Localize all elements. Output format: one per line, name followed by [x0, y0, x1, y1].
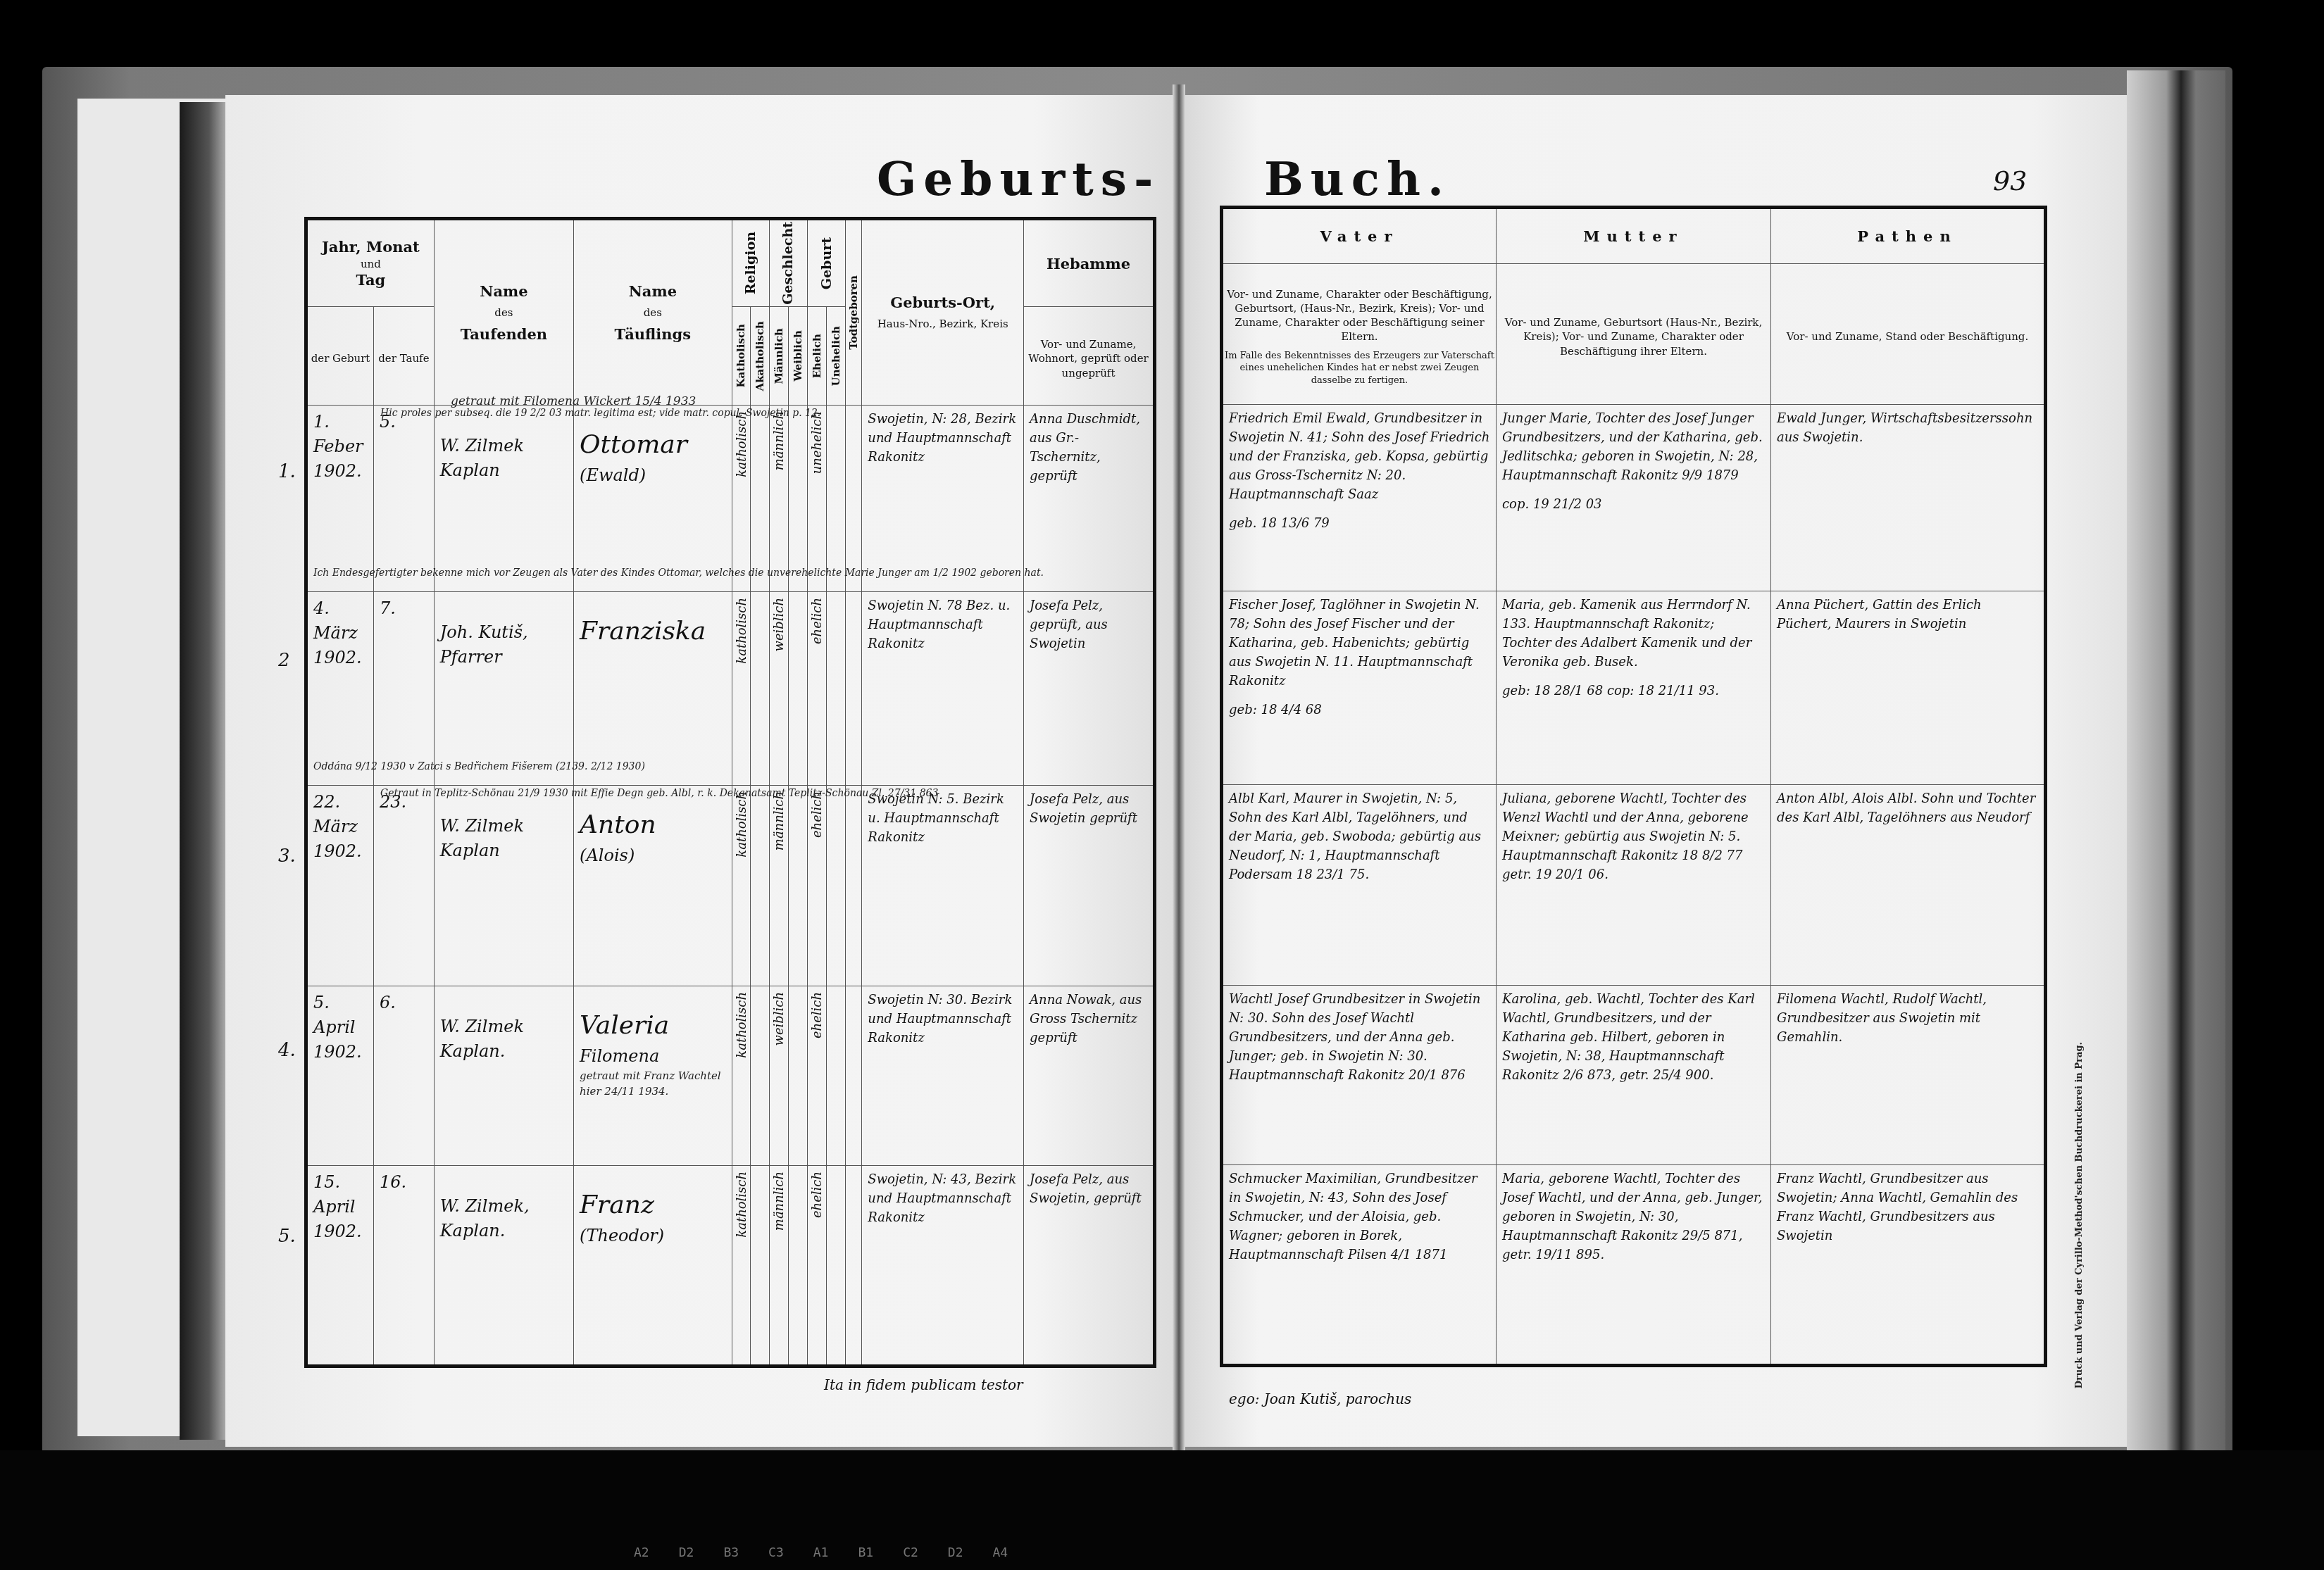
header-father-sub: Vor- und Zuname, Charakter oder Beschäft…	[1222, 264, 1497, 405]
noncatholic-cell	[750, 1166, 769, 1367]
header-legitimate: Ehelich	[808, 307, 827, 406]
baptism-day-cell: 23.	[374, 786, 435, 986]
stillborn-cell	[846, 406, 862, 592]
stillborn-cell	[846, 592, 862, 786]
female-cell	[788, 786, 807, 986]
header-sex: Geschlecht	[769, 219, 807, 307]
entry-number: 2	[278, 650, 290, 671]
midwife-cell: Josefa Pelz, geprüft, aus Swojetin	[1024, 592, 1155, 786]
ruler-label: A4	[993, 1545, 1008, 1560]
religion-cell: katholisch	[732, 786, 750, 986]
header-birth-day: der Geburt	[306, 307, 374, 406]
ruler-label: B3	[723, 1545, 739, 1560]
baptism-day-cell: 7.	[374, 592, 435, 786]
table-row: 15.April1902.16.W. Zilmek, Kaplan.Franz(…	[306, 1166, 1155, 1367]
header-godparents-sub: Vor- und Zuname, Stand oder Beschäftigun…	[1771, 264, 2046, 405]
closing-attestation: Ita in fidem publicam testor	[824, 1376, 1023, 1393]
ruler-label: A1	[813, 1545, 829, 1560]
father-cell: Schmucker Maximilian, Grundbesitzer in S…	[1222, 1165, 1497, 1366]
religion-cell: katholisch	[732, 406, 750, 592]
header-baptism-day: der Taufe	[374, 307, 435, 406]
ruler-label: C2	[903, 1545, 918, 1560]
baptizer-cell: W. Zilmek Kaplan.	[434, 986, 573, 1166]
midwife-cell: Anna Nowak, aus Gross Tschernitz geprüft	[1024, 986, 1155, 1166]
noncatholic-cell	[750, 592, 769, 786]
father-cell: Fischer Josef, Taglöhner in Swojetin N. …	[1222, 591, 1497, 785]
legitimacy-cell: ehelich	[808, 592, 827, 786]
birthplace-cell: Swojetin N: 5. Bezirk u. Hauptmannschaft…	[862, 786, 1024, 986]
legitimacy-cell: ehelich	[808, 986, 827, 1166]
printer-imprint: Druck und Verlag der Cyrillo-Method'sche…	[2074, 1042, 2085, 1388]
table-row: 5.April1902.6.W. Zilmek Kaplan.ValeriaFi…	[306, 986, 1155, 1166]
register-table-right: Vater Mutter Pathen Vor- und Zuname, Cha…	[1220, 206, 2047, 1367]
sex-cell: weiblich	[769, 986, 788, 1166]
header-illegitimate: Unehelich	[827, 307, 846, 406]
stillborn-cell	[846, 786, 862, 986]
top-marriage-note: getraut mit Filomena Wickert 15/4 1933	[451, 394, 696, 408]
legitimacy-cell: unehelich	[808, 406, 827, 592]
birth-date-cell: 1.Feber1902.	[306, 406, 374, 592]
table-row: 22.März1902.23.W. Zilmek KaplanAnton(Alo…	[306, 786, 1155, 986]
mother-cell: Maria, geborene Wachtl, Tochter des Jose…	[1497, 1165, 1771, 1366]
baptism-day-cell: 16.	[374, 1166, 435, 1367]
illegitimate-cell	[827, 406, 846, 592]
scan-bottom-edge	[0, 1450, 2324, 1570]
sex-cell: männlich	[769, 786, 788, 986]
noncatholic-cell	[750, 406, 769, 592]
stillborn-cell	[846, 986, 862, 1166]
birth-date-cell: 4.März1902.	[306, 592, 374, 786]
father-cell: Wachtl Josef Grundbesitzer in Swojetin N…	[1222, 986, 1497, 1165]
legitimacy-cell: ehelich	[808, 786, 827, 986]
baptism-day-cell: 5.	[374, 406, 435, 592]
birth-date-cell: 5.April1902.	[306, 986, 374, 1166]
scan-ruler: A2D2B3C3A1B1C2D2A4	[634, 1545, 1008, 1560]
header-religion: Religion	[732, 219, 769, 307]
birthplace-cell: Swojetin N: 30. Bezirk und Hauptmannscha…	[862, 986, 1024, 1166]
page-stack-left	[180, 102, 229, 1440]
illegitimate-cell	[827, 786, 846, 986]
header-midwife-sub: Vor- und Zuname, Wohnort, geprüft oder u…	[1024, 307, 1155, 406]
ruler-label: A2	[634, 1545, 649, 1560]
baptizer-cell: Joh. Kutiš, Pfarrer	[434, 592, 573, 786]
header-legitimacy: Geburt	[808, 219, 846, 307]
header-midwife: Hebamme	[1024, 219, 1155, 307]
ruler-label: D2	[679, 1545, 694, 1560]
baptizer-cell: W. Zilmek Kaplan	[434, 406, 573, 592]
female-cell	[788, 986, 807, 1166]
table-row: 4.März1902.7.Joh. Kutiš, PfarrerFranzisk…	[306, 592, 1155, 786]
godparents-cell: Anton Albl, Alois Albl. Sohn und Tochter…	[1771, 785, 2046, 986]
header-child: NamedesTäuflings	[574, 219, 732, 406]
title-left: Geburts-	[877, 151, 1160, 206]
child-name-cell: Ottomar(Ewald)	[574, 406, 732, 592]
baptizer-cell: W. Zilmek Kaplan	[434, 786, 573, 986]
birthplace-cell: Swojetin N. 78 Bez. u. Hauptmannschaft R…	[862, 592, 1024, 786]
marginal-note: Oddána 9/12 1930 v Žatci s Bedřichem Fiš…	[313, 761, 645, 772]
entry-number: 3.	[278, 846, 296, 867]
baptism-day-cell: 6.	[374, 986, 435, 1166]
child-name-cell: Franz(Theodor)	[574, 1166, 732, 1367]
header-father: Vater	[1222, 208, 1497, 264]
father-cell: Friedrich Emil Ewald, Grundbesitzer in S…	[1222, 405, 1497, 591]
mother-cell: Juliana, geborene Wachtl, Tochter des We…	[1497, 785, 1771, 986]
birthplace-cell: Swojetin, N: 43, Bezirk und Hauptmannsch…	[862, 1166, 1024, 1367]
noncatholic-cell	[750, 986, 769, 1166]
header-female: Weiblich	[788, 307, 807, 406]
religion-cell: katholisch	[732, 986, 750, 1166]
mother-cell: Maria, geb. Kamenik aus Herrndorf N. 133…	[1497, 591, 1771, 785]
midwife-cell: Josefa Pelz, aus Swojetin, geprüft	[1024, 1166, 1155, 1367]
entry-number: 5.	[278, 1226, 296, 1247]
header-date: Jahr, Monat und Tag	[306, 219, 435, 307]
birth-date-cell: 22.März1902.	[306, 786, 374, 986]
header-male: Männlich	[769, 307, 788, 406]
header-baptizer: NamedesTaufenden	[434, 219, 573, 406]
illegitimate-cell	[827, 1166, 846, 1367]
birthplace-cell: Swojetin, N: 28, Bezirk und Hauptmannsch…	[862, 406, 1024, 592]
godparents-cell: Franz Wachtl, Grundbesitzer aus Swojetin…	[1771, 1165, 2046, 1366]
birth-date-cell: 15.April1902.	[306, 1166, 374, 1367]
religion-cell: katholisch	[732, 592, 750, 786]
legitimacy-cell: ehelich	[808, 1166, 827, 1367]
header-godparents: Pathen	[1771, 208, 2046, 264]
title-right: Buch.	[1264, 151, 1451, 206]
midwife-cell: Anna Duschmidt, aus Gr.-Tschernitz, gepr…	[1024, 406, 1155, 592]
header-mother: Mutter	[1497, 208, 1771, 264]
ruler-label: D2	[948, 1545, 963, 1560]
header-catholic: Katholisch	[732, 307, 750, 406]
sex-cell: männlich	[769, 406, 788, 592]
female-cell	[788, 406, 807, 592]
child-name-cell: ValeriaFilomenagetraut mit Franz Wachtel…	[574, 986, 732, 1166]
baptizer-cell: W. Zilmek, Kaplan.	[434, 1166, 573, 1367]
marginal-note: Ich Endesgefertigter bekenne mich vor Ze…	[313, 567, 1044, 579]
page-stack-right	[2127, 70, 2225, 1450]
illegitimate-cell	[827, 592, 846, 786]
sex-cell: weiblich	[769, 592, 788, 786]
page-number: 93	[1993, 165, 2027, 196]
ruler-label: B1	[858, 1545, 873, 1560]
ruler-label: C3	[768, 1545, 784, 1560]
godparents-cell: Anna Püchert, Gattin des Erlich Püchert,…	[1771, 591, 2046, 785]
table-row: 1.Feber1902.5.W. Zilmek KaplanOttomar(Ew…	[306, 406, 1155, 592]
header-place: Geburts-Ort,Haus-Nro., Bezirk, Kreis	[862, 219, 1024, 406]
religion-cell: katholisch	[732, 1166, 750, 1367]
female-cell	[788, 592, 807, 786]
marginal-note: Getraut in Teplitz-Schönau 21/9 1930 mit…	[380, 788, 938, 799]
mother-cell: Junger Marie, Tochter des Josef Junger G…	[1497, 405, 1771, 591]
noncatholic-cell	[750, 786, 769, 986]
marginal-note: Hic proles per subseq. die 19 2/2 03 mat…	[380, 408, 820, 419]
table-row: Fischer Josef, Taglöhner in Swojetin N. …	[1222, 591, 2046, 785]
godparents-cell: Filomena Wachtl, Rudolf Wachtl, Grundbes…	[1771, 986, 2046, 1165]
midwife-cell: Josefa Pelz, aus Swojetin geprüft	[1024, 786, 1155, 986]
header-stillborn: Todtgeboren	[846, 219, 862, 406]
entry-number: 1.	[278, 461, 296, 482]
child-name-cell: Franziska	[574, 592, 732, 786]
child-name-cell: Anton(Alois)	[574, 786, 732, 986]
stillborn-cell	[846, 1166, 862, 1367]
mother-cell: Karolina, geb. Wachtl, Tochter des Karl …	[1497, 986, 1771, 1165]
header-mother-sub: Vor- und Zuname, Geburtsort (Haus-Nr., B…	[1497, 264, 1771, 405]
illegitimate-cell	[827, 986, 846, 1166]
table-row: Albl Karl, Maurer in Swojetin, N: 5, Soh…	[1222, 785, 2046, 986]
table-row: Friedrich Emil Ewald, Grundbesitzer in S…	[1222, 405, 2046, 591]
father-cell: Albl Karl, Maurer in Swojetin, N: 5, Soh…	[1222, 785, 1497, 986]
entry-number: 4.	[278, 1040, 296, 1061]
header-noncatholic: Akatholisch	[750, 307, 769, 406]
table-row: Schmucker Maximilian, Grundbesitzer in S…	[1222, 1165, 2046, 1366]
closing-signature: ego: Joan Kutiš, parochus	[1229, 1390, 1411, 1407]
female-cell	[788, 1166, 807, 1367]
godparents-cell: Ewald Junger, Wirtschaftsbesitzerssohn a…	[1771, 405, 2046, 591]
sex-cell: männlich	[769, 1166, 788, 1367]
book-gutter	[1173, 84, 1185, 1450]
table-row: Wachtl Josef Grundbesitzer in Swojetin N…	[1222, 986, 2046, 1165]
